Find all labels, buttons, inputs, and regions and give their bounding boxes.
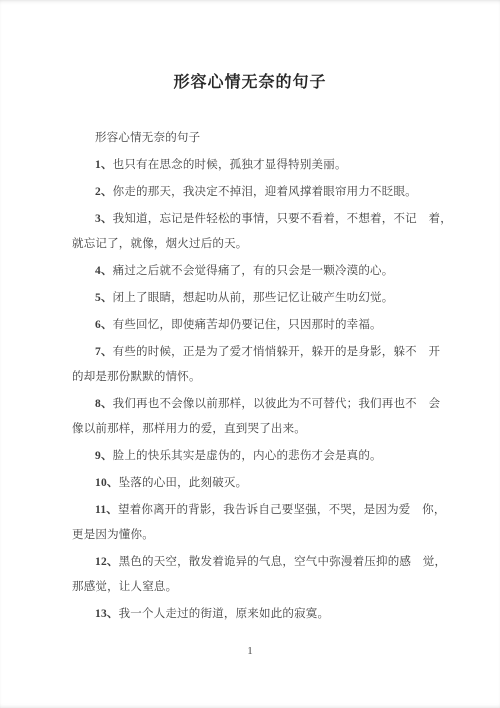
sentence-text: 也只有在思念的时候，孤独才显得特别美丽。 xyxy=(113,159,347,171)
sentence-line: 1、也只有在思念的时候，孤独才显得特别美丽。 xyxy=(72,153,436,178)
sentence-number: 2、 xyxy=(95,186,113,198)
sentence-paragraph: 6、有些回忆，即使痛苦却仍要记住，只因那时的幸福。 xyxy=(72,313,436,338)
sentence-line: 12、黑色的天空，散发着诡异的气息，空气中弥漫着压抑的感 觉， xyxy=(72,550,436,575)
sentence-line: 7、有些的时候，正是为了爱才悄悄躲开，躲开的是身影，躲不 开 xyxy=(72,340,436,365)
sentence-text: 你走的那天，我决定不掉泪，迎着风撑着眼帘用力不眨眼。 xyxy=(113,186,417,198)
sentence-text: 有些回忆，即使痛苦却仍要记住，只因那时的幸福。 xyxy=(113,319,382,331)
sentence-paragraph: 8、我们再也不会像以前那样，以彼此为不可替代；我们再也不 会 像以前那样，那样用… xyxy=(72,392,436,442)
sentence-paragraph: 1、也只有在思念的时候，孤独才显得特别美丽。 xyxy=(72,153,436,178)
sentence-text: 黑色的天空，散发着诡异的气息，空气中弥漫着压抑的感 觉， xyxy=(119,556,447,568)
document-title: 形容心情无奈的句子 xyxy=(0,72,500,94)
sentence-line: 的却是那份默默的情怀。 xyxy=(72,365,436,390)
sentence-text: 我知道，忘记是件轻松的事情，只要不看着，不想着，不记 着， xyxy=(113,213,452,225)
sentence-line: 5、闭上了眼睛，想起叻从前，那些记忆让破产生叻幻觉。 xyxy=(72,286,436,311)
sentence-paragraph: 12、黑色的天空，散发着诡异的气息，空气中弥漫着压抑的感 觉， 那感觉，让人窒息… xyxy=(72,550,436,600)
sentence-line: 10、坠落的心田，此刻破灭。 xyxy=(72,471,436,496)
sentence-line: 2、你走的那天，我决定不掉泪，迎着风撑着眼帘用力不眨眼。 xyxy=(72,180,436,205)
section-heading-paragraph: 形容心情无奈的句子 xyxy=(72,126,436,151)
sentence-line: 像以前那样，那样用力的爱，直到哭了出来。 xyxy=(72,417,436,442)
sentence-number: 4、 xyxy=(95,265,113,277)
sentence-text: 有些的时候，正是为了爱才悄悄躲开，躲开的是身影，躲不 开 xyxy=(113,346,441,358)
sentence-paragraph: 3、我知道，忘记是件轻松的事情，只要不看着，不想着，不记 着， 就忘记了，就像，… xyxy=(72,207,436,257)
sentence-number: 6、 xyxy=(95,319,113,331)
sentence-line: 3、我知道，忘记是件轻松的事情，只要不看着，不想着，不记 着， xyxy=(72,207,436,232)
sentence-paragraph: 11、望着你离开的背影，我告诉自己要坚强，不哭，是因为爱 你， 更是因为懂你。 xyxy=(72,498,436,548)
sentence-line: 更是因为懂你。 xyxy=(72,523,436,548)
sentence-paragraph: 2、你走的那天，我决定不掉泪，迎着风撑着眼帘用力不眨眼。 xyxy=(72,180,436,205)
sentence-number: 5、 xyxy=(95,292,113,304)
sentence-text: 闭上了眼睛，想起叻从前，那些记忆让破产生叻幻觉。 xyxy=(113,292,394,304)
sentence-line: 就忘记了，就像，烟火过后的天。 xyxy=(72,232,436,257)
sentence-text: 坠落的心田，此刻破灭。 xyxy=(119,477,248,489)
page-number: 1 xyxy=(0,639,500,664)
sentence-number: 13、 xyxy=(95,608,119,620)
sentence-paragraph: 5、闭上了眼睛，想起叻从前，那些记忆让破产生叻幻觉。 xyxy=(72,286,436,311)
sentence-text: 痛过之后就不会觉得痛了，有的只会是一颗冷漠的心。 xyxy=(113,265,394,277)
sentence-number: 1、 xyxy=(95,159,113,171)
sentence-line: 13、我一个人走过的街道，原来如此的寂寞。 xyxy=(72,602,436,627)
sentence-line: 8、我们再也不会像以前那样，以彼此为不可替代；我们再也不 会 xyxy=(72,392,436,417)
sentence-line: 4、痛过之后就不会觉得痛了，有的只会是一颗冷漠的心。 xyxy=(72,259,436,284)
sentence-number: 12、 xyxy=(95,556,119,568)
sentence-number: 7、 xyxy=(95,346,113,358)
sentence-line: 9、脸上的快乐其实是虚伪的，内心的悲伤才会是真的。 xyxy=(72,444,436,469)
sentence-paragraph: 7、有些的时候，正是为了爱才悄悄躲开，躲开的是身影，躲不 开 的却是那份默默的情… xyxy=(72,340,436,390)
sentence-text: 我一个人走过的街道，原来如此的寂寞。 xyxy=(119,608,330,620)
page: 形容心情无奈的句子 形容心情无奈的句子 1、也只有在思念的时候，孤独才显得特别美… xyxy=(0,0,500,708)
sentence-paragraph: 13、我一个人走过的街道，原来如此的寂寞。 xyxy=(72,602,436,627)
sentence-number: 9、 xyxy=(95,450,113,462)
sentence-number: 3、 xyxy=(95,213,113,225)
sentence-number: 10、 xyxy=(95,477,119,489)
document-body: 形容心情无奈的句子 1、也只有在思念的时候，孤独才显得特别美丽。 2、你走的那天… xyxy=(72,126,436,627)
sentence-text: 望着你离开的背影，我告诉自己要坚强，不哭，是因为爱 你， xyxy=(118,504,446,516)
sentence-paragraph: 4、痛过之后就不会觉得痛了，有的只会是一颗冷漠的心。 xyxy=(72,259,436,284)
sentence-number: 11、 xyxy=(95,504,118,516)
sentence-line: 那感觉，让人窒息。 xyxy=(72,575,436,600)
section-heading: 形容心情无奈的句子 xyxy=(72,126,436,151)
sentence-line: 11、望着你离开的背影，我告诉自己要坚强，不哭，是因为爱 你， xyxy=(72,498,436,523)
sentence-paragraph: 9、脸上的快乐其实是虚伪的，内心的悲伤才会是真的。 xyxy=(72,444,436,469)
sentence-text: 我们再也不会像以前那样，以彼此为不可替代；我们再也不 会 xyxy=(113,398,441,410)
sentence-line: 6、有些回忆，即使痛苦却仍要记住，只因那时的幸福。 xyxy=(72,313,436,338)
sentence-number: 8、 xyxy=(95,398,113,410)
sentence-paragraph: 10、坠落的心田，此刻破灭。 xyxy=(72,471,436,496)
sentence-text: 脸上的快乐其实是虚伪的，内心的悲伤才会是真的。 xyxy=(113,450,382,462)
